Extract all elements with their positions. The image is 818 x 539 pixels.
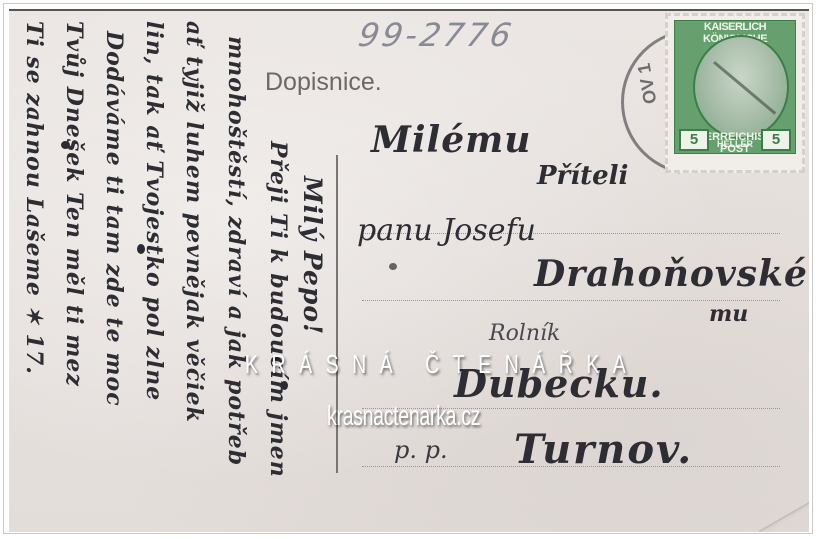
address-post-town: Turnov.: [514, 426, 693, 473]
message-line-4: ať tyjiž luhem pevnějak věčiek: [181, 21, 207, 423]
message-line-7: Tvůj Dnešek Ten měl ti mez: [61, 21, 87, 387]
address-name: panu Josefu: [357, 213, 536, 248]
address-salutation: Milému: [371, 119, 531, 161]
corner-crease: [759, 502, 809, 532]
ink-blot: [61, 141, 70, 149]
watermark-title: KRÁSNÁ ČTENÁŘKA: [245, 349, 639, 380]
ink-blot: [137, 244, 145, 254]
message-line-2: Přeji Ti k budoucím jmen: [265, 141, 291, 478]
stamp-face: KAISERLICH KÖNIGLICHE ÖSTERREICHISCHE PO…: [674, 20, 796, 154]
postcard-back: 99-2776 Dopisnice. Milý Pepo! Přeji Ti k…: [9, 9, 809, 532]
ink-blot: [389, 263, 397, 270]
stamp-value-right: 5: [761, 129, 791, 151]
watermark-url: krasnactenarka.cz: [327, 400, 480, 432]
postage-stamp: KAISERLICH KÖNIGLICHE ÖSTERREICHISCHE PO…: [665, 13, 805, 173]
message-line-8: Ti se zahnou Lašeme ✶ 17.: [21, 21, 47, 375]
message-line-5: lin, tak ať Tvojestko pol zlne: [141, 21, 167, 401]
ink-blot: [281, 381, 288, 390]
address-surname-end: mu: [709, 301, 748, 327]
address-friend: Příteli: [537, 161, 628, 191]
address-post-abbrev: p. p.: [394, 436, 448, 464]
archive-number: 99-2776: [356, 16, 517, 54]
stamp-value-left: 5: [679, 129, 709, 151]
address-occupation: Rolník: [489, 321, 560, 346]
message-line-3: mnohoštěstí, zdraví a jak potřeb: [223, 36, 249, 466]
stamp-currency: HELLER: [711, 139, 759, 149]
postcard-heading: Dopisnice.: [265, 68, 382, 97]
address-surname: Drahoňovské-: [534, 253, 809, 295]
message-line-1: Milý Pepo!: [298, 176, 327, 335]
message-line-6: Dodáváme ti tam zde te moc: [101, 31, 127, 407]
